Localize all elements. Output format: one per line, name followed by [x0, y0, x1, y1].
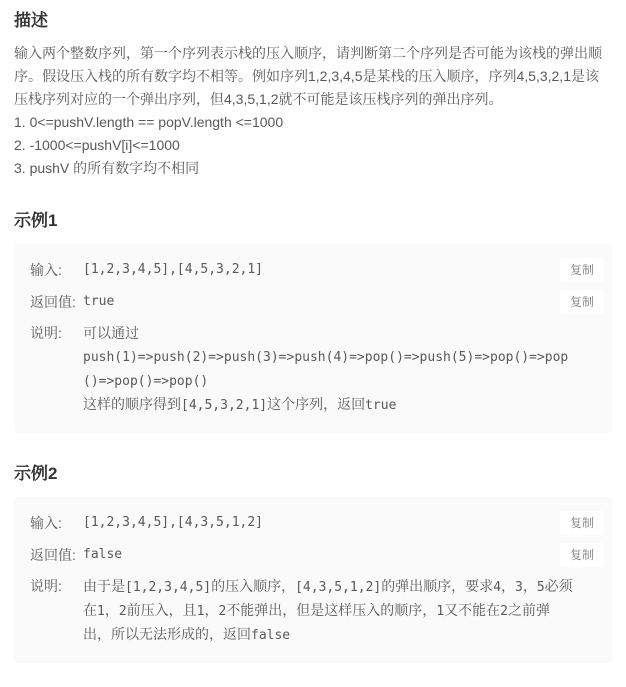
example2-box: 输入: [1,2,3,4,5],[4,3,5,1,2] 复制 返回值: fals… [14, 497, 612, 663]
note-line: 可以通过 [83, 322, 575, 345]
constraint-item-1: 1. 0<=pushV.length == popV.length <=1000 [14, 111, 612, 134]
example2-copy-input-button[interactable]: 复制 [560, 511, 604, 535]
example1-box: 输入: [1,2,3,4,5],[4,5,3,2,1] 复制 返回值: true… [14, 244, 612, 433]
constraint-item-3: 3. pushV 的所有数字均不相同 [14, 157, 612, 180]
example1-copy-input-button[interactable]: 复制 [560, 258, 604, 282]
example1-copy-return-button[interactable]: 复制 [560, 290, 604, 314]
problem-description-page: 描述 输入两个整数序列，第一个序列表示栈的压入顺序，请判断第二个序列是否可能为该… [0, 0, 626, 687]
example2-return-value: false [83, 544, 560, 566]
note-line: 这样的顺序得到[4,5,3,2,1]这个序列，返回true [83, 393, 575, 417]
input-label: 输入: [30, 259, 83, 281]
return-value-label: 返回值: [30, 291, 83, 313]
example2-copy-return-button[interactable]: 复制 [560, 543, 604, 567]
description-body: 输入两个整数序列，第一个序列表示栈的压入顺序，请判断第二个序列是否可能为该栈的弹… [14, 42, 612, 180]
example1-note: 可以通过push(1)=>push(2)=>push(3)=>push(4)=>… [83, 322, 575, 417]
example2-title: 示例2 [14, 463, 612, 485]
example1-note-row: 说明: 可以通过push(1)=>push(2)=>push(3)=>push(… [30, 318, 604, 421]
note-label: 说明: [30, 322, 83, 344]
example1-return-value: true [83, 291, 560, 313]
example2-note: 由于是[1,2,3,4,5]的压入顺序，[4,3,5,1,2]的弹出顺序，要求4… [83, 575, 575, 647]
note-line: 由于是[1,2,3,4,5]的压入顺序，[4,3,5,1,2]的弹出顺序，要求4… [83, 575, 575, 647]
note-line: push(1)=>push(2)=>push(3)=>push(4)=>pop(… [83, 345, 575, 393]
example1-input-value: [1,2,3,4,5],[4,5,3,2,1] [83, 259, 560, 281]
description-paragraph: 输入两个整数序列，第一个序列表示栈的压入顺序，请判断第二个序列是否可能为该栈的弹… [14, 45, 602, 107]
example1-title: 示例1 [14, 210, 612, 232]
constraints-list: 1. 0<=pushV.length == popV.length <=1000… [14, 111, 612, 180]
example1-return-row: 返回值: true 复制 [30, 286, 604, 318]
example2-input-row: 输入: [1,2,3,4,5],[4,3,5,1,2] 复制 [30, 507, 604, 539]
description-title: 描述 [14, 10, 612, 32]
input-label: 输入: [30, 512, 83, 534]
example2-return-row: 返回值: false 复制 [30, 539, 604, 571]
example2-note-row: 说明: 由于是[1,2,3,4,5]的压入顺序，[4,3,5,1,2]的弹出顺序… [30, 571, 604, 651]
return-value-label: 返回值: [30, 544, 83, 566]
note-label: 说明: [30, 575, 83, 597]
example2-input-value: [1,2,3,4,5],[4,3,5,1,2] [83, 512, 560, 534]
constraint-item-2: 2. -1000<=pushV[i]<=1000 [14, 134, 612, 157]
example1-input-row: 输入: [1,2,3,4,5],[4,5,3,2,1] 复制 [30, 254, 604, 286]
